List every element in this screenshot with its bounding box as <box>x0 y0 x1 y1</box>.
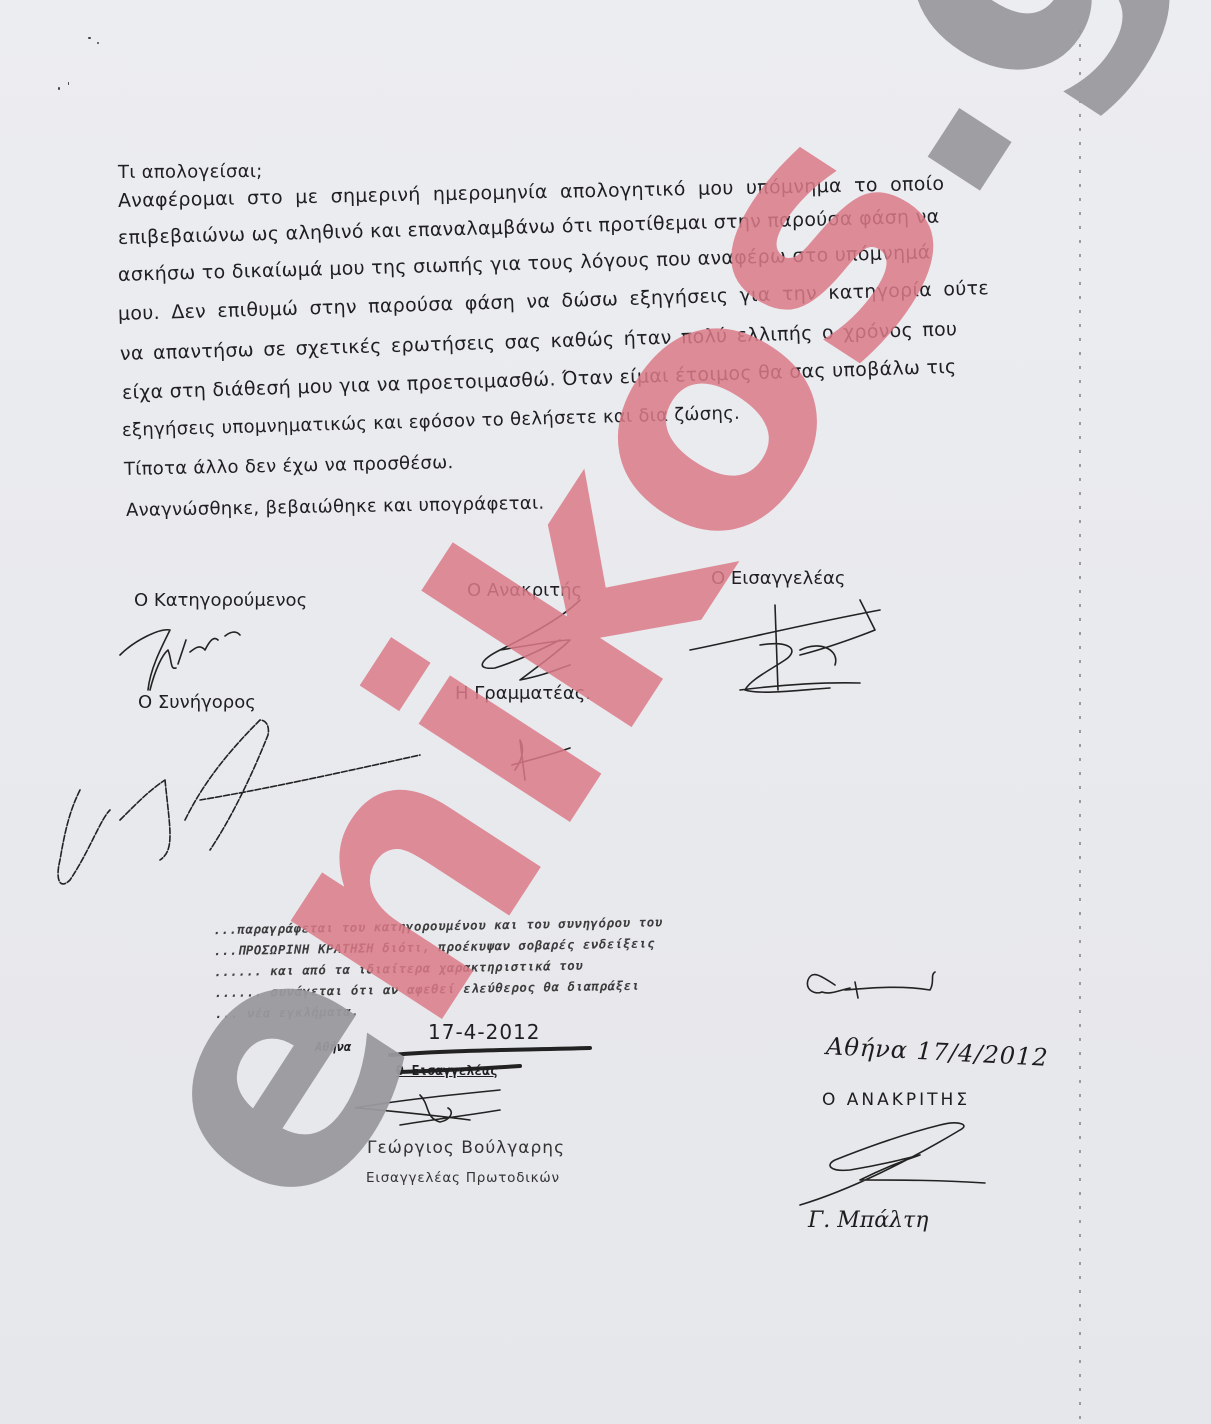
officer-name: Γεώργιος Βούλγαρης <box>367 1138 565 1158</box>
handwritten-signatures <box>0 0 1211 1424</box>
stamp-role: Ο Εισαγγελέας <box>396 1064 498 1079</box>
signature-stamp-officer <box>355 1090 500 1125</box>
signature-prosecutor <box>690 600 880 692</box>
stamp-date: 17-4-2012 <box>428 1020 541 1044</box>
court-stamp: ...παραγράφεται του κατηγορουμένου και τ… <box>213 911 695 1024</box>
signature-investigator <box>482 600 580 680</box>
stamp-place: Αθήνα <box>315 1040 351 1054</box>
signature-investigator-right <box>800 1123 985 1205</box>
signature-secretary <box>512 740 570 780</box>
handwritten-role: Ο ΑΝΑΚΡΙΤΗΣ <box>822 1090 970 1110</box>
signature-lawyer <box>58 720 420 884</box>
handwritten-name: Γ. Μπάλτη <box>808 1208 928 1233</box>
officer-title: Εισαγγελέας Πρωτοδικών <box>366 1170 560 1186</box>
scanned-page: Τι απολογείσαι; Αναφέρομαι στο με σημερι… <box>0 0 1211 1424</box>
signature-handwritten-top <box>807 972 935 998</box>
signature-accused <box>120 630 240 690</box>
